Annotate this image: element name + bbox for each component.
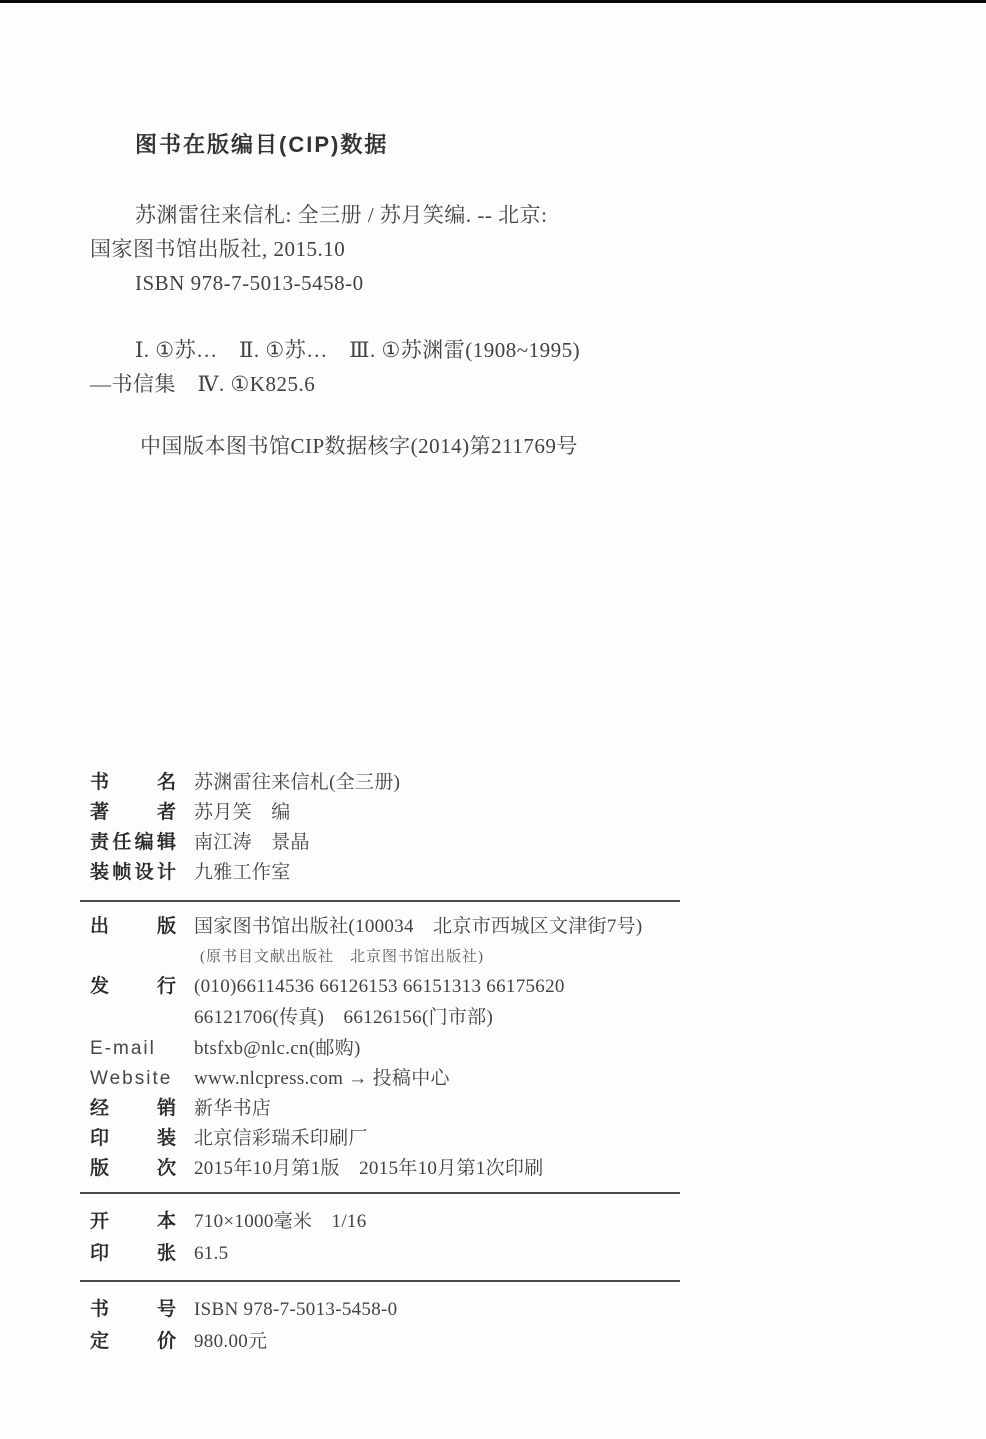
design-label: 装帧设计 <box>90 858 176 888</box>
website-label: Website <box>90 1064 176 1094</box>
book-title-label: 书名 <box>90 768 176 798</box>
publisher-value: 国家图书馆出版社(100034 北京市西城区文津街7号) <box>194 912 643 942</box>
isbn-value: ISBN 978-7-5013-5458-0 <box>194 1294 397 1326</box>
row-format: 开本 710×1000毫米 1/16 <box>90 1206 682 1238</box>
editor-label: 责任编辑 <box>90 828 176 858</box>
printer-label: 印装 <box>90 1124 176 1154</box>
row-author: 著者 苏月笑 编 <box>90 798 682 828</box>
distribution-phones-line2: 66121706(传真) 66126156(门市部) <box>90 1002 682 1034</box>
email-value: btsfxb@nlc.cn(邮购) <box>194 1034 361 1064</box>
cip-title: 图书在版编目(CIP)数据 <box>135 128 710 162</box>
editor-value: 南江涛 景晶 <box>194 828 310 858</box>
divider-3 <box>80 1280 680 1282</box>
isbn-label: 书号 <box>90 1294 176 1326</box>
email-label: E-mail <box>90 1034 176 1064</box>
row-isbn: 书号 ISBN 978-7-5013-5458-0 <box>90 1294 682 1326</box>
divider-1 <box>80 900 680 902</box>
distribution-phones: (010)66114536 66126153 66151313 66175620 <box>194 972 565 1002</box>
row-publisher: 出版 国家图书馆出版社(100034 北京市西城区文津街7号) <box>90 912 682 942</box>
publisher-former-names: (原书目文献出版社 北京图书馆出版社) <box>90 942 682 972</box>
price-label: 定价 <box>90 1326 176 1358</box>
row-printer: 印装 北京信彩瑞禾印刷厂 <box>90 1124 682 1154</box>
sheets-value: 61.5 <box>194 1238 228 1270</box>
author-value: 苏月笑 编 <box>194 798 291 828</box>
design-value: 九雅工作室 <box>194 858 291 888</box>
edition-label: 版次 <box>90 1154 176 1184</box>
row-design: 装帧设计 九雅工作室 <box>90 858 682 888</box>
book-title-value: 苏渊雷往来信札(全三册) <box>194 768 400 798</box>
format-value: 710×1000毫米 1/16 <box>194 1206 367 1238</box>
price-value: 980.00元 <box>194 1326 267 1358</box>
row-email: E-mail btsfxb@nlc.cn(邮购) <box>90 1034 682 1064</box>
row-editor: 责任编辑 南江涛 景晶 <box>90 828 682 858</box>
row-seller: 经销 新华书店 <box>90 1094 682 1124</box>
divider-2 <box>80 1192 680 1194</box>
copyright-page: 图书在版编目(CIP)数据 苏渊雷往来信札: 全三册 / 苏月笑编. -- 北京… <box>0 0 986 1439</box>
row-edition: 版次 2015年10月第1版 2015年10月第1次印刷 <box>90 1154 682 1184</box>
sheets-label: 印张 <box>90 1238 176 1270</box>
scan-top-edge <box>0 0 986 3</box>
distribution-label: 发行 <box>90 972 176 1002</box>
cip-line-classification-1: Ⅰ. ①苏… Ⅱ. ①苏… Ⅲ. ①苏渊雷(1908~1995) <box>90 333 710 367</box>
colophon: 书名 苏渊雷往来信札(全三册) 著者 苏月笑 编 责任编辑 南江涛 景晶 装帧设… <box>90 768 682 1358</box>
cip-title-text: 图书在版编目(CIP)数据 <box>135 132 388 157</box>
row-price: 定价 980.00元 <box>90 1326 682 1358</box>
author-label: 著者 <box>90 798 176 828</box>
cip-line-registration-number: 中国版本图书馆CIP数据核字(2014)第211769号 <box>90 429 710 463</box>
cip-line-title-statement: 苏渊雷往来信札: 全三册 / 苏月笑编. -- 北京: <box>90 198 710 232</box>
row-website: Website www.nlcpress.com → 投稿中心 <box>90 1064 682 1094</box>
website-value: www.nlcpress.com → 投稿中心 <box>194 1064 450 1094</box>
cip-line-classification-2: —书信集 Ⅳ. ①K825.6 <box>90 367 710 401</box>
row-book-title: 书名 苏渊雷往来信札(全三册) <box>90 768 682 798</box>
edition-value: 2015年10月第1版 2015年10月第1次印刷 <box>194 1154 544 1184</box>
row-distribution: 发行 (010)66114536 66126153 66151313 66175… <box>90 972 682 1002</box>
format-label: 开本 <box>90 1206 176 1238</box>
cip-line-isbn: ISBN 978-7-5013-5458-0 <box>90 266 710 300</box>
row-sheets: 印张 61.5 <box>90 1238 682 1270</box>
cip-line-publisher: 国家图书馆出版社, 2015.10 <box>90 232 710 266</box>
seller-label: 经销 <box>90 1094 176 1124</box>
cip-block: 图书在版编目(CIP)数据 苏渊雷往来信札: 全三册 / 苏月笑编. -- 北京… <box>90 128 710 463</box>
seller-value: 新华书店 <box>194 1094 271 1124</box>
publisher-label: 出版 <box>90 912 176 942</box>
printer-value: 北京信彩瑞禾印刷厂 <box>194 1124 368 1154</box>
